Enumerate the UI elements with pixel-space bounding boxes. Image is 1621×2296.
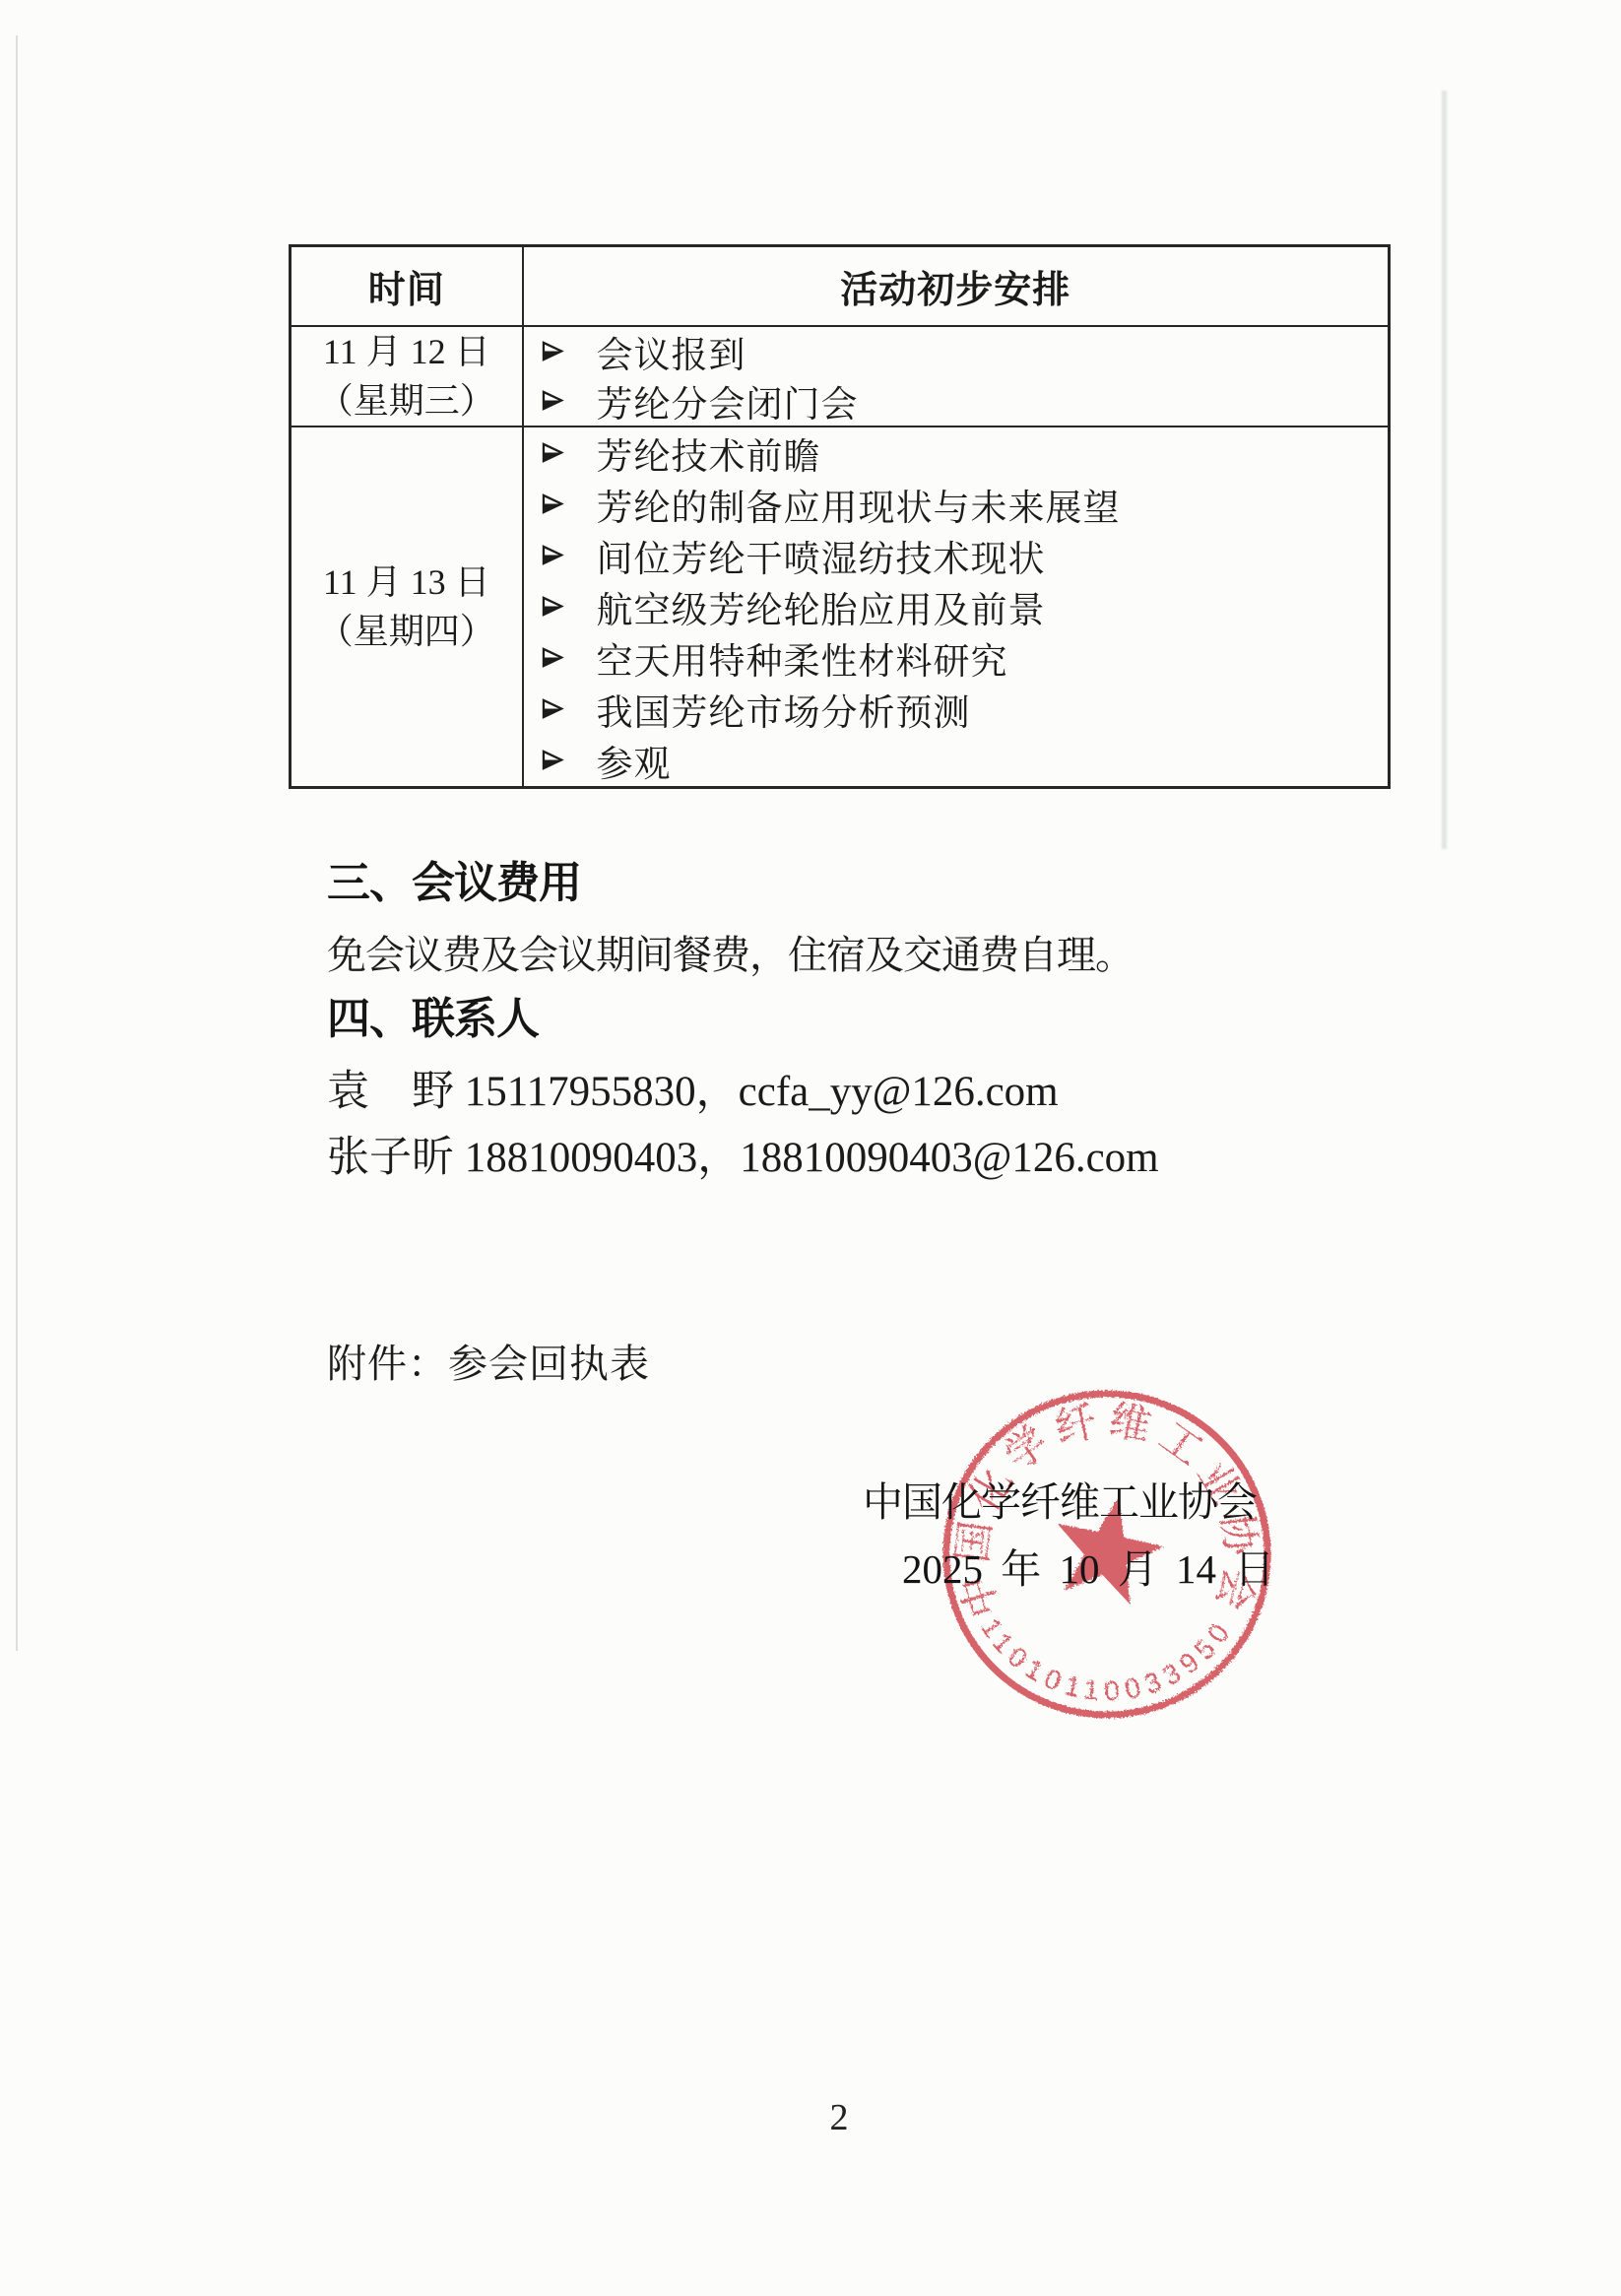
agenda-item-label: 芳纶分会闭门会 bbox=[597, 374, 859, 427]
page-number: 2 bbox=[800, 2096, 878, 2139]
arrowhead-bullet-icon bbox=[542, 341, 564, 361]
agenda-item: 芳纶分会闭门会 bbox=[542, 376, 1389, 426]
agenda-item-label: 会议报到 bbox=[597, 325, 746, 378]
date-cell: 11 月 12 日 （星期三） bbox=[291, 326, 523, 426]
arrowhead-bullet-icon bbox=[542, 493, 564, 514]
col-header-time: 时间 bbox=[291, 246, 523, 326]
agenda-item-label: 空天用特种柔性材料研究 bbox=[597, 631, 1008, 685]
agenda-item-label: 我国芳纶市场分析预测 bbox=[597, 683, 971, 736]
agenda-item: 参观 bbox=[542, 735, 1389, 786]
agenda-item: 我国芳纶市场分析预测 bbox=[542, 684, 1389, 735]
agenda-item: 会议报到 bbox=[542, 327, 1389, 376]
document-page: 时间 活动初步安排 11 月 12 日 （星期三） 会议报到 芳纶分会闭门会 bbox=[0, 0, 1621, 2296]
agenda-cell: 会议报到 芳纶分会闭门会 bbox=[523, 326, 1390, 426]
agenda-item: 间位芳纶干喷湿纺技术现状 bbox=[542, 530, 1389, 581]
table-row: 11 月 13 日 （星期四） 芳纶技术前瞻 芳纶的制备应用现状与未来展望 间位… bbox=[291, 426, 1390, 788]
agenda-item: 芳纶技术前瞻 bbox=[542, 427, 1389, 479]
arrowhead-bullet-icon bbox=[542, 545, 564, 565]
agenda-item: 芳纶的制备应用现状与未来展望 bbox=[542, 479, 1389, 530]
arrowhead-bullet-icon bbox=[542, 750, 564, 770]
schedule-table: 时间 活动初步安排 11 月 12 日 （星期三） 会议报到 芳纶分会闭门会 bbox=[289, 244, 1391, 789]
table-row: 11 月 12 日 （星期三） 会议报到 芳纶分会闭门会 bbox=[291, 326, 1390, 426]
contact-line: 袁 野 15117955830，ccfa_yy@126.com bbox=[327, 1070, 1059, 1115]
arrowhead-bullet-icon bbox=[542, 442, 564, 463]
agenda-item-label: 芳纶技术前瞻 bbox=[597, 426, 821, 480]
signature-org: 中国化学纤维工业协会 bbox=[863, 1479, 1257, 1525]
row-date: 11 月 13 日 bbox=[292, 558, 522, 607]
row-weekday: （星期四） bbox=[292, 607, 522, 656]
agenda-item: 空天用特种柔性材料研究 bbox=[542, 632, 1389, 684]
agenda-cell: 芳纶技术前瞻 芳纶的制备应用现状与未来展望 间位芳纶干喷湿纺技术现状 航空级芳纶… bbox=[523, 426, 1390, 788]
arrowhead-bullet-icon bbox=[542, 647, 564, 668]
attachment-note: 附件：参会回执表 bbox=[327, 1343, 650, 1386]
row-weekday: （星期三） bbox=[292, 376, 522, 426]
table-header-row: 时间 活动初步安排 bbox=[291, 246, 1390, 326]
seal-registration-number: 11010110033950 bbox=[975, 1612, 1239, 1706]
agenda-item-label: 参观 bbox=[597, 734, 672, 787]
arrowhead-bullet-icon bbox=[542, 596, 564, 617]
fees-text: 免会议费及会议期间餐费，住宿及交通费自理。 bbox=[327, 934, 1134, 977]
col-header-agenda: 活动初步安排 bbox=[523, 246, 1390, 326]
scan-edge-artifact-left bbox=[16, 35, 18, 1651]
section-heading-fees: 三、会议费用 bbox=[327, 862, 581, 905]
arrowhead-bullet-icon bbox=[542, 698, 564, 719]
arrowhead-bullet-icon bbox=[542, 390, 564, 411]
section-heading-contacts: 四、联系人 bbox=[327, 998, 539, 1041]
contact-line: 张子昕 18810090403，18810090403@126.com bbox=[327, 1136, 1159, 1181]
agenda-item: 航空级芳纶轮胎应用及前景 bbox=[542, 581, 1389, 632]
agenda-item-label: 芳纶的制备应用现状与未来展望 bbox=[597, 478, 1121, 531]
date-cell: 11 月 13 日 （星期四） bbox=[291, 426, 523, 788]
agenda-item-label: 间位芳纶干喷湿纺技术现状 bbox=[597, 529, 1046, 582]
agenda-item-label: 航空级芳纶轮胎应用及前景 bbox=[597, 580, 1046, 633]
svg-text:11010110033950: 11010110033950 bbox=[975, 1612, 1239, 1706]
signature-date: 2025 年 10 月 14 日 bbox=[902, 1546, 1274, 1592]
row-date: 11 月 12 日 bbox=[292, 327, 522, 376]
scan-edge-artifact-right bbox=[1442, 91, 1447, 849]
